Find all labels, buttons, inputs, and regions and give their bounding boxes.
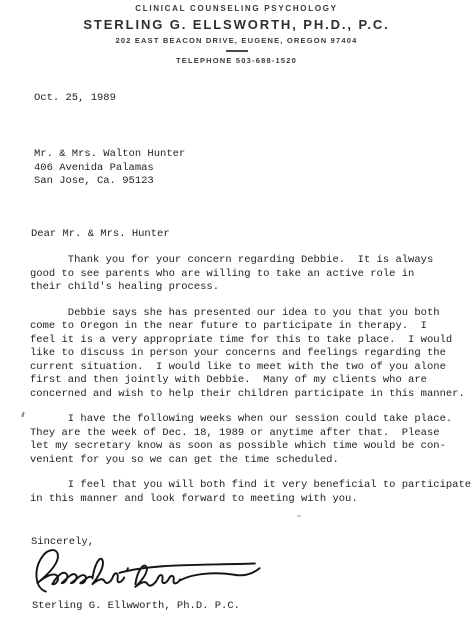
salutation: Dear Mr. & Mrs. Hunter bbox=[31, 228, 170, 242]
scan-artifact-dot bbox=[297, 515, 301, 517]
handwritten-signature bbox=[20, 543, 275, 599]
signer-typed-name: Sterling G. Ellwworth, Ph.D. P.C. bbox=[32, 600, 240, 614]
paragraph-4: I feel that you will both find it very b… bbox=[30, 479, 471, 506]
paragraph-3: I have the following weeks when our sess… bbox=[30, 413, 471, 467]
letterhead: CLINICAL COUNSELING PSYCHOLOGY STERLING … bbox=[0, 4, 473, 65]
letterhead-name: STERLING G. ELLSWORTH, PH.D., P.C. bbox=[0, 17, 473, 32]
paragraph-2: Debbie says she has presented our idea t… bbox=[30, 307, 471, 402]
paragraph-1: Thank you for your concern regarding Deb… bbox=[30, 254, 471, 295]
scan-artifact-tick bbox=[21, 412, 24, 417]
letterhead-specialty: CLINICAL COUNSELING PSYCHOLOGY bbox=[0, 4, 473, 13]
letterhead-telephone: TELEPHONE 503-688-1520 bbox=[0, 56, 473, 65]
letterhead-divider bbox=[226, 50, 248, 52]
letter-body: Thank you for your concern regarding Deb… bbox=[30, 254, 471, 518]
recipient-address: Mr. & Mrs. Walton Hunter 406 Avenida Pal… bbox=[34, 148, 185, 189]
letterhead-address: 202 EAST BEACON DRIVE, EUGENE, OREGON 97… bbox=[0, 36, 473, 45]
letter-page: CLINICAL COUNSELING PSYCHOLOGY STERLING … bbox=[0, 0, 473, 627]
signature-scrawl-icon bbox=[20, 543, 275, 599]
letter-date: Oct. 25, 1989 bbox=[34, 92, 116, 106]
